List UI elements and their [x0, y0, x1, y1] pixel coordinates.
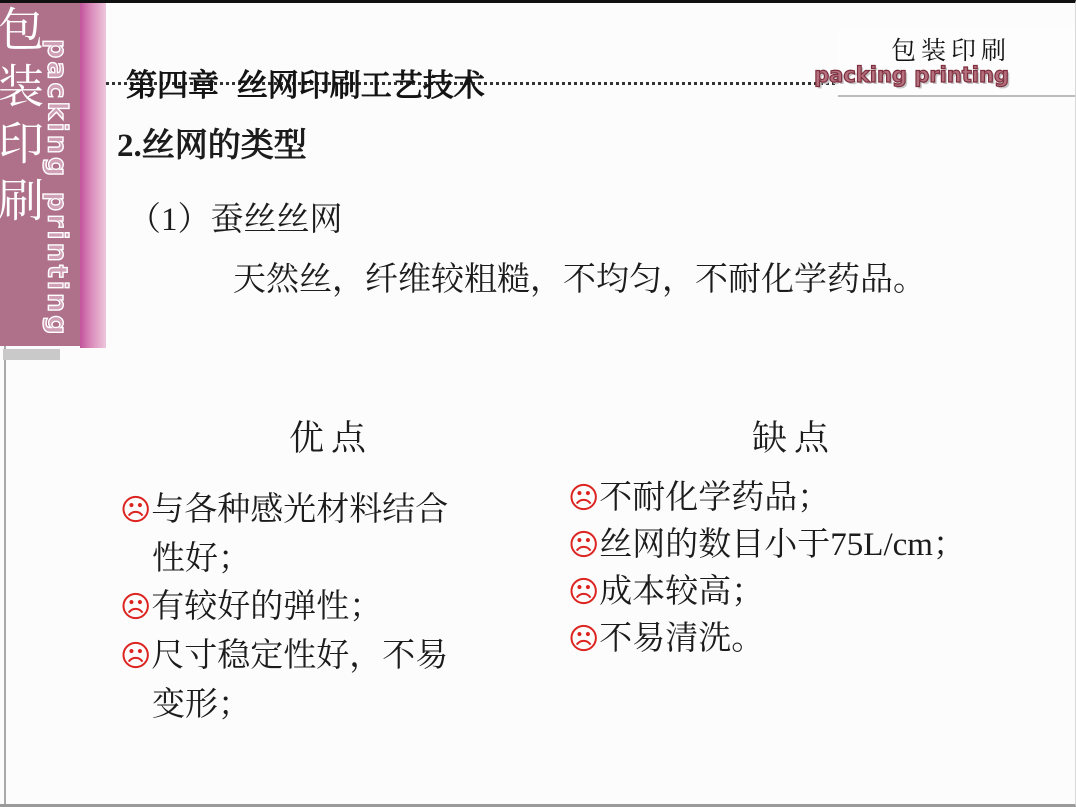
disadvantages-heading: 缺点 — [752, 411, 836, 461]
sidebar-brand-chinese: 包装印刷 — [0, 5, 40, 233]
description-text: 天然丝，纤维较粗糙，不均匀，不耐化学药品。 — [233, 253, 926, 300]
sad-face-icon: ☹ — [568, 481, 599, 516]
section-title: 2.丝网的类型 — [117, 119, 307, 166]
list-item-text: 成本较高； — [599, 574, 764, 610]
list-item: ☹成本较高； — [568, 569, 1060, 616]
subsection-title: （1）蚕丝丝网 — [128, 193, 343, 240]
sad-face-icon: ☹ — [568, 622, 599, 657]
list-item-text: 与各种感光材料结合性好； — [151, 492, 448, 577]
advantages-list: ☹与各种感光材料结合性好； ☹有较好的弹性； ☹尺寸稳定性好，不易变形； — [120, 486, 470, 729]
list-item-text: 丝网的数目小于75L/cm； — [599, 527, 966, 563]
sad-face-icon: ☹ — [568, 528, 599, 563]
sad-face-icon: ☹ — [120, 493, 151, 528]
list-item: ☹不易清洗。 — [568, 616, 1060, 663]
sidebar-brand-banner: 包装印刷 packing printing — [0, 3, 80, 346]
list-item: ☹与各种感光材料结合性好； — [120, 486, 470, 583]
sidebar-brand-english: packing printing — [42, 39, 72, 338]
sad-face-icon: ☹ — [120, 639, 151, 674]
list-item-text: 有较好的弹性； — [151, 589, 382, 625]
sidebar-shadow — [3, 349, 60, 360]
presentation-slide: 包装印刷 packing printing 第四章 丝网印刷工艺技术 包装印刷 … — [0, 0, 1076, 807]
disadvantages-list: ☹不耐化学药品； ☹丝网的数目小于75L/cm； ☹成本较高； ☹不易清洗。 — [568, 475, 1060, 663]
list-item: ☹不耐化学药品； — [568, 475, 1060, 522]
list-item: ☹丝网的数目小于75L/cm； — [568, 522, 1060, 569]
list-item: ☹尺寸稳定性好，不易变形； — [120, 632, 470, 729]
list-item-text: 不易清洗。 — [599, 621, 764, 657]
list-item: ☹有较好的弹性； — [120, 583, 470, 632]
list-item-text: 尺寸稳定性好，不易变形； — [151, 638, 448, 723]
brand-logo-english: packing printing — [814, 63, 1009, 87]
chapter-title: 第四章 丝网印刷工艺技术 — [126, 60, 485, 105]
sad-face-icon: ☹ — [120, 590, 151, 625]
sidebar-accent-strip — [80, 3, 106, 348]
sad-face-icon: ☹ — [568, 575, 599, 610]
list-item-text: 不耐化学药品； — [599, 480, 830, 516]
brand-logo-chinese: 包装印刷 — [891, 31, 1011, 67]
brand-logo: 包装印刷 packing printing — [838, 27, 1075, 97]
advantages-heading: 优点 — [289, 411, 373, 461]
